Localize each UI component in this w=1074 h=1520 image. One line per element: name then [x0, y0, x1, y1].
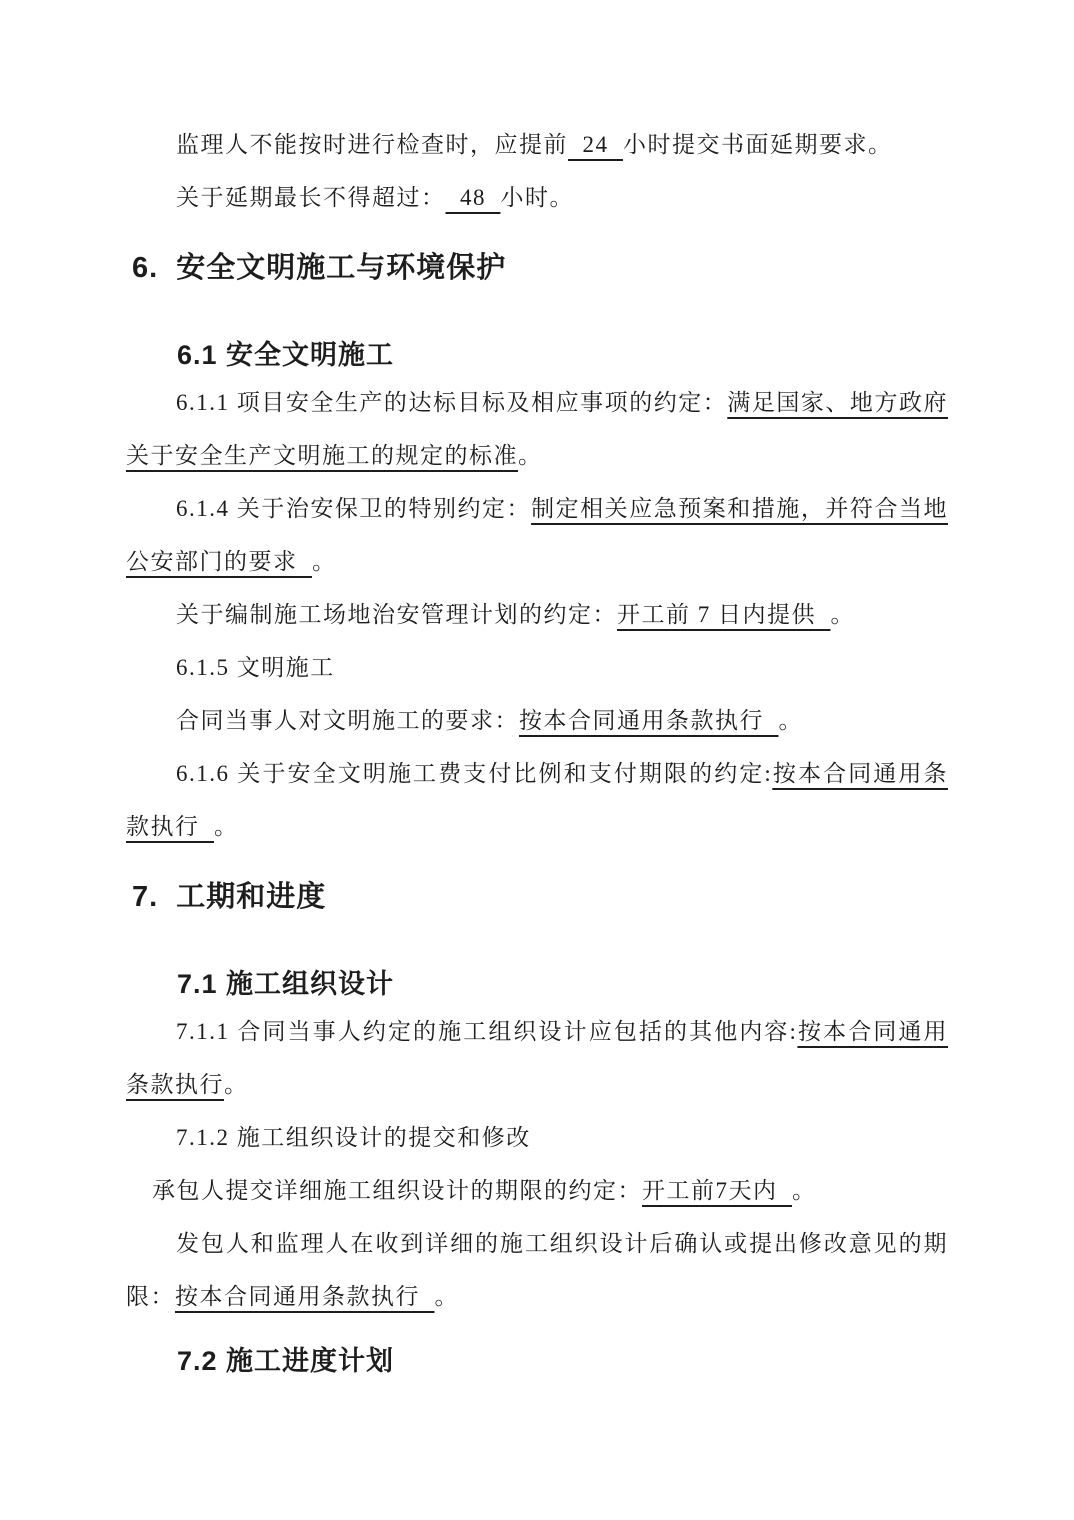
text-run: 关于编制施工场地治安管理计划的约定： [176, 602, 617, 627]
text-line: 关于延期最长不得超过： 48 小时。 [126, 171, 948, 224]
text-run: 6.1.5 文明施工 [176, 655, 335, 680]
heading-line: 7.2 施工进度计划 [126, 1340, 948, 1382]
text-run: 。 [831, 602, 856, 627]
text-run: 6.1.6 关于安全文明施工费支付比例和支付期限的约定: [176, 761, 772, 786]
filled-blank-value: 制定相关应急预案和措施，并符合当地 [531, 496, 948, 521]
text-run: 。 [435, 1284, 460, 1309]
filled-blank-value: 按本合同通用 [797, 1019, 948, 1044]
text-line: 监理人不能按时进行检查时，应提前 24 小时提交书面延期要求。 [126, 118, 948, 171]
text-run: 小时。 [501, 185, 575, 210]
text-run: 6.1 安全文明施工 [177, 340, 394, 370]
text-run: 6. 安全文明施工与环境保护 [132, 252, 506, 284]
text-run: 限： [126, 1284, 175, 1309]
heading-line: 6. 安全文明施工与环境保护 [126, 240, 948, 296]
text-run: 承包人提交详细施工组织设计的期限的约定： [152, 1178, 642, 1203]
text-run: 。 [312, 549, 337, 574]
document-page: 监理人不能按时进行检查时，应提前 24 小时提交书面延期要求。关于延期最长不得超… [0, 0, 1074, 1520]
text-run: 。 [779, 708, 804, 733]
filled-blank-value: 24 [568, 132, 623, 157]
heading-line: 7. 工期和进度 [126, 869, 948, 925]
filled-blank-value: 48 [446, 185, 501, 210]
text-line: 发包人和监理人在收到详细的施工组织设计后确认或提出修改意见的期 [126, 1217, 948, 1270]
text-line: 承包人提交详细施工组织设计的期限的约定：开工前7天内 。 [126, 1164, 948, 1217]
text-run: 监理人不能按时进行检查时，应提前 [176, 132, 568, 157]
text-run: 6.1.1 项目安全生产的达标目标及相应事项的约定： [176, 390, 727, 415]
text-line: 合同当事人对文明施工的要求：按本合同通用条款执行 。 [126, 694, 948, 747]
text-run: 7.1.1 合同当事人约定的施工组织设计应包括的其他内容: [176, 1019, 797, 1044]
text-line: 7.1.2 施工组织设计的提交和修改 [126, 1111, 948, 1164]
text-run: 。 [214, 814, 239, 839]
text-run: 6.1.4 关于治安保卫的特别约定： [176, 496, 531, 521]
filled-blank-value: 公安部门的要求 [126, 549, 312, 574]
text-run: 。 [518, 443, 543, 468]
text-run: 7.2 施工进度计划 [177, 1346, 394, 1376]
text-run: 小时提交书面延期要求。 [623, 132, 893, 157]
text-run: 7.1.2 施工组织设计的提交和修改 [176, 1125, 531, 1150]
text-line: 关于安全生产文明施工的规定的标准。 [126, 429, 948, 482]
text-line: 款执行 。 [126, 800, 948, 853]
text-run: 关于延期最长不得超过： [176, 185, 446, 210]
filled-blank-value: 按本合同通用条 [772, 761, 948, 786]
text-line: 6.1.5 文明施工 [126, 641, 948, 694]
text-line: 条款执行。 [126, 1058, 948, 1111]
text-run: 7.1 施工组织设计 [177, 969, 394, 999]
filled-blank-value: 款执行 [126, 814, 214, 839]
text-run: 。 [792, 1178, 817, 1203]
text-line: 7.1.1 合同当事人约定的施工组织设计应包括的其他内容:按本合同通用 [126, 1005, 948, 1058]
filled-blank-value: 条款执行 [126, 1072, 224, 1097]
filled-blank-value: 关于安全生产文明施工的规定的标准 [126, 443, 518, 468]
text-line: 6.1.4 关于治安保卫的特别约定：制定相关应急预案和措施，并符合当地 [126, 482, 948, 535]
filled-blank-value: 开工前7天内 [642, 1178, 792, 1203]
filled-blank-value: 按本合同通用条款执行 [175, 1284, 435, 1309]
filled-blank-value: 满足国家、地方政府 [727, 390, 948, 415]
text-run: 发包人和监理人在收到详细的施工组织设计后确认或提出修改意见的期 [176, 1231, 948, 1256]
text-line: 公安部门的要求 。 [126, 535, 948, 588]
filled-blank-value: 按本合同通用条款执行 [519, 708, 779, 733]
text-line: 6.1.6 关于安全文明施工费支付比例和支付期限的约定:按本合同通用条 [126, 747, 948, 800]
text-run: 。 [224, 1072, 249, 1097]
text-line: 关于编制施工场地治安管理计划的约定：开工前 7 日内提供 。 [126, 588, 948, 641]
heading-line: 6.1 安全文明施工 [126, 334, 948, 376]
filled-blank-value: 开工前 7 日内提供 [617, 602, 831, 627]
text-line: 6.1.1 项目安全生产的达标目标及相应事项的约定：满足国家、地方政府 [126, 376, 948, 429]
text-run: 7. 工期和进度 [132, 881, 326, 913]
heading-line: 7.1 施工组织设计 [126, 963, 948, 1005]
text-run: 合同当事人对文明施工的要求： [176, 708, 519, 733]
text-line: 限：按本合同通用条款执行 。 [126, 1270, 948, 1323]
